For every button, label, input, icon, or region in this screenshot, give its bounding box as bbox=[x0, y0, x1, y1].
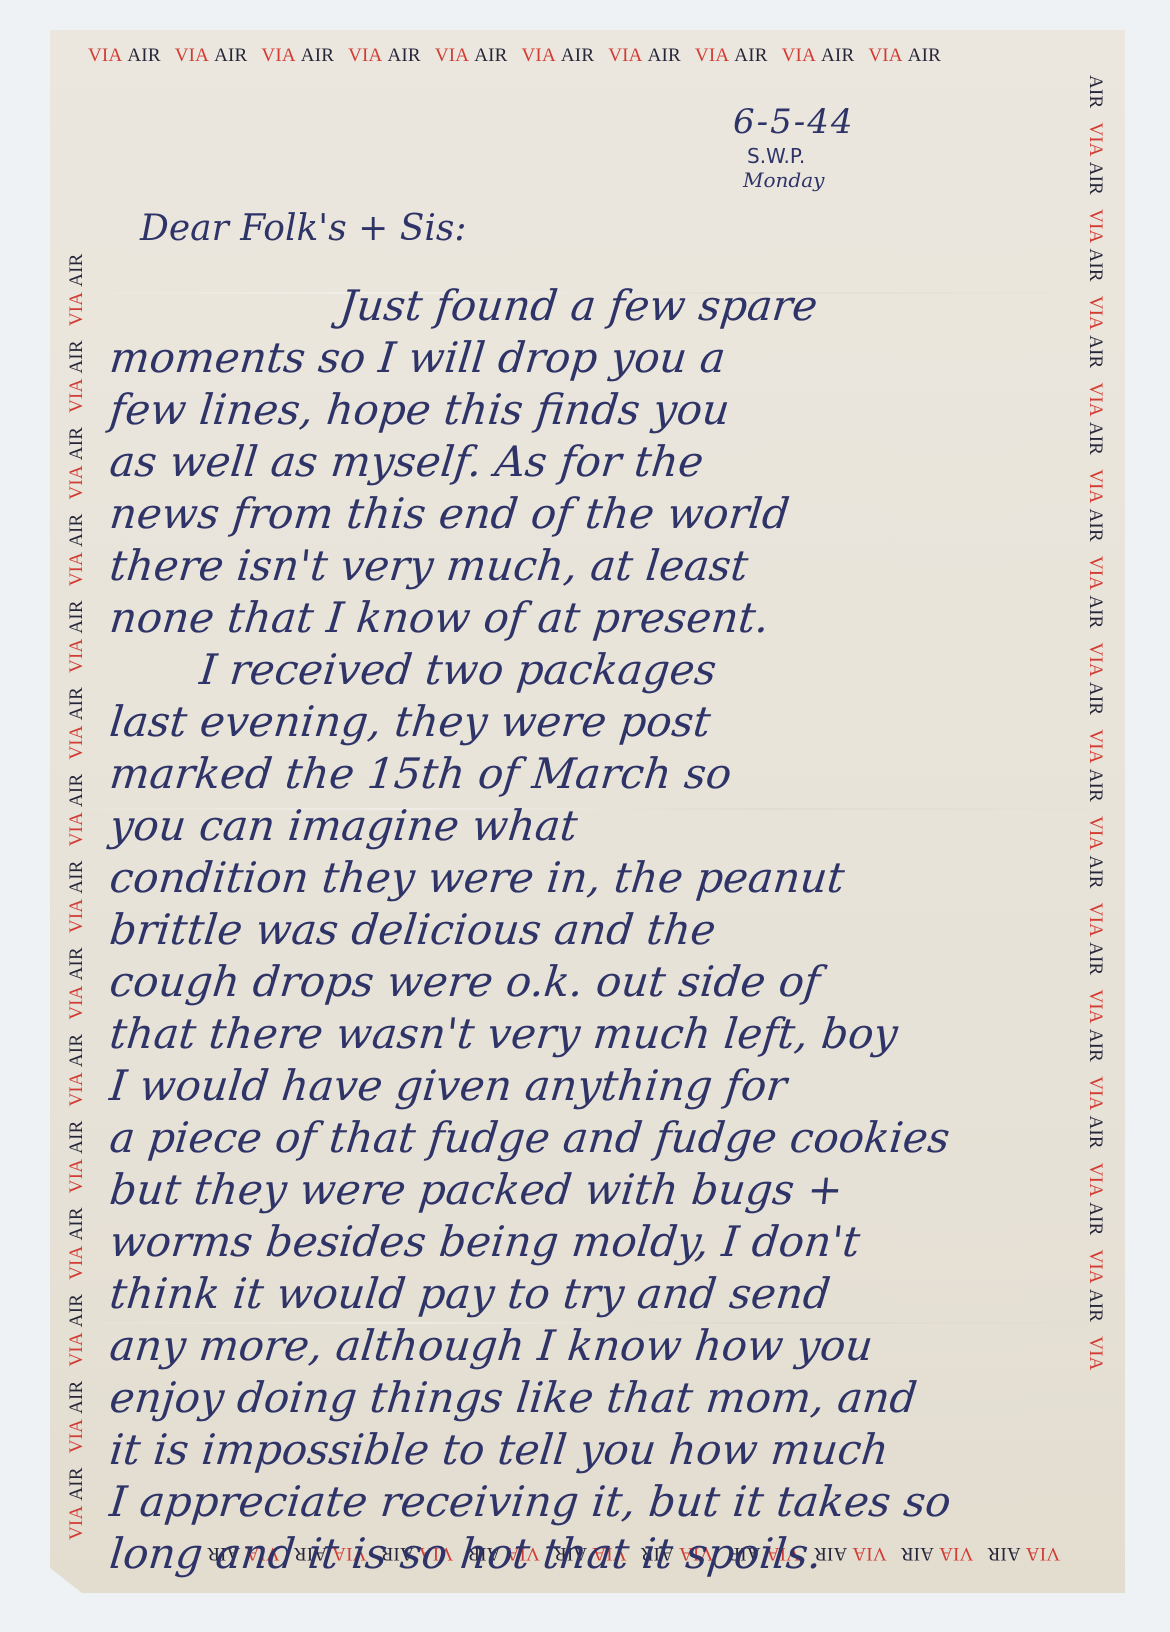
airmail-letter-sheet: VIAAIRVIAAIRVIAAIRVIAAIRVIAAIRVIAAIRVIAA… bbox=[50, 30, 1125, 1593]
border-word-via: VIA bbox=[66, 552, 87, 586]
border-word-air: AIR bbox=[734, 45, 767, 66]
border-word-via: VIA bbox=[66, 465, 87, 499]
border-word-air: AIR bbox=[66, 1381, 87, 1414]
border-word-air: AIR bbox=[1085, 248, 1106, 281]
border-word-via: VIA bbox=[66, 725, 87, 759]
border-word-air: AIR bbox=[66, 1207, 87, 1240]
border-word-via: VIA bbox=[66, 292, 87, 326]
border-word-air: AIR bbox=[648, 45, 681, 66]
border-word-via: VIA bbox=[66, 1159, 87, 1193]
border-left: VIAAIRVIAAIRVIAAIRVIAAIRVIAAIRVIAAIRVIAA… bbox=[67, 60, 87, 1540]
border-word-via: VIA bbox=[522, 45, 556, 66]
border-word-via: VIA bbox=[1085, 209, 1106, 243]
border-word-air: AIR bbox=[561, 45, 594, 66]
border-word-via: VIA bbox=[66, 1506, 87, 1540]
border-word-air: AIR bbox=[66, 253, 87, 286]
border-word-via: VIA bbox=[66, 899, 87, 933]
border-word-via: VIA bbox=[608, 45, 642, 66]
border-word-via: VIA bbox=[695, 45, 729, 66]
letter-line: as well as myself. As for the bbox=[107, 436, 1092, 488]
border-word-air: AIR bbox=[66, 1467, 87, 1500]
border-word-air: AIR bbox=[66, 1034, 87, 1067]
border-word-air: AIR bbox=[127, 45, 160, 66]
border-word-air: AIR bbox=[821, 45, 854, 66]
letter-line: brittle was delicious and the bbox=[107, 904, 1092, 956]
border-word-via: VIA bbox=[782, 45, 816, 66]
letter-line: few lines, hope this finds you bbox=[107, 384, 1092, 436]
border-word-via: VIA bbox=[66, 378, 87, 412]
letter-line: it is impossible to tell you how much bbox=[107, 1424, 1092, 1476]
letter-line: there isn't very much, at least bbox=[107, 540, 1092, 592]
border-word-via: VIA bbox=[66, 1072, 87, 1106]
letter-date: 6-5-44 bbox=[733, 102, 855, 142]
border-word-via: VIA bbox=[66, 812, 87, 846]
border-word-via: VIA bbox=[66, 1332, 87, 1366]
letter-day: Monday bbox=[743, 168, 855, 192]
border-word-air: AIR bbox=[474, 45, 507, 66]
border-word-via: VIA bbox=[261, 45, 295, 66]
border-word-air: AIR bbox=[66, 860, 87, 893]
letter-line: think it would pay to try and send bbox=[107, 1268, 1092, 1320]
border-word-air: AIR bbox=[66, 427, 87, 460]
letter-line: worms besides being moldy, I don't bbox=[107, 1216, 1092, 1268]
border-word-air: AIR bbox=[66, 340, 87, 373]
border-word-via: VIA bbox=[868, 45, 902, 66]
border-word-air: AIR bbox=[214, 45, 247, 66]
border-word-via: VIA bbox=[348, 45, 382, 66]
border-word-air: AIR bbox=[66, 687, 87, 720]
letter-line: cough drops were o.k. out side of bbox=[107, 956, 1092, 1008]
border-word-via: VIA bbox=[88, 45, 122, 66]
letter-line: I appreciate receiving it, but it takes … bbox=[107, 1476, 1092, 1528]
border-word-via: VIA bbox=[175, 45, 209, 66]
letter-place: S.W.P. bbox=[747, 144, 855, 168]
border-word-air: AIR bbox=[1085, 75, 1106, 108]
letter-line: last evening, they were post bbox=[107, 696, 1092, 748]
border-word-via: VIA bbox=[66, 1419, 87, 1453]
border-word-air: AIR bbox=[66, 1294, 87, 1327]
letter-line: I would have given anything for bbox=[107, 1060, 1092, 1112]
border-top: VIAAIRVIAAIRVIAAIRVIAAIRVIAAIRVIAAIRVIAA… bbox=[88, 46, 955, 66]
letter-line: news from this end of the world bbox=[107, 488, 1092, 540]
letter-line: a piece of that fudge and fudge cookies bbox=[107, 1112, 1092, 1164]
border-word-air: AIR bbox=[1085, 162, 1106, 195]
letter-line: enjoy doing things like that mom, and bbox=[107, 1372, 1092, 1424]
letter-salutation: Dear Folk's + Sis: bbox=[140, 208, 467, 249]
border-word-air: AIR bbox=[908, 45, 941, 66]
border-word-air: AIR bbox=[387, 45, 420, 66]
letter-line: none that I know of at present. bbox=[107, 592, 1092, 644]
border-word-air: AIR bbox=[66, 514, 87, 547]
letter-line: Just found a few spare bbox=[107, 280, 1092, 332]
letter-dateline: 6-5-44 S.W.P. Monday bbox=[733, 102, 855, 192]
letter-line: I received two packages bbox=[107, 644, 1092, 696]
border-word-via: VIA bbox=[66, 639, 87, 673]
border-word-air: AIR bbox=[66, 774, 87, 807]
border-word-via: VIA bbox=[66, 985, 87, 1019]
border-word-via: VIA bbox=[1085, 122, 1106, 156]
letter-body: Just found a few spare moments so I will… bbox=[110, 280, 1090, 1580]
letter-line: marked the 15th of March so bbox=[107, 748, 1092, 800]
letter-line: any more, although I know how you bbox=[107, 1320, 1092, 1372]
border-word-via: VIA bbox=[435, 45, 469, 66]
letter-line: moments so I will drop you a bbox=[107, 332, 1092, 384]
border-word-air: AIR bbox=[301, 45, 334, 66]
letter-line: long and it is so hot that it spoils. bbox=[107, 1528, 1092, 1580]
letter-line: you can imagine what bbox=[107, 800, 1092, 852]
letter-line: condition they were in, the peanut bbox=[107, 852, 1092, 904]
border-word-air: AIR bbox=[66, 600, 87, 633]
letter-line: that there wasn't very much left, boy bbox=[107, 1008, 1092, 1060]
letter-line: but they were packed with bugs + bbox=[107, 1164, 1092, 1216]
border-word-via: VIA bbox=[66, 1246, 87, 1280]
border-word-air: AIR bbox=[66, 947, 87, 980]
border-word-air: AIR bbox=[66, 1120, 87, 1153]
